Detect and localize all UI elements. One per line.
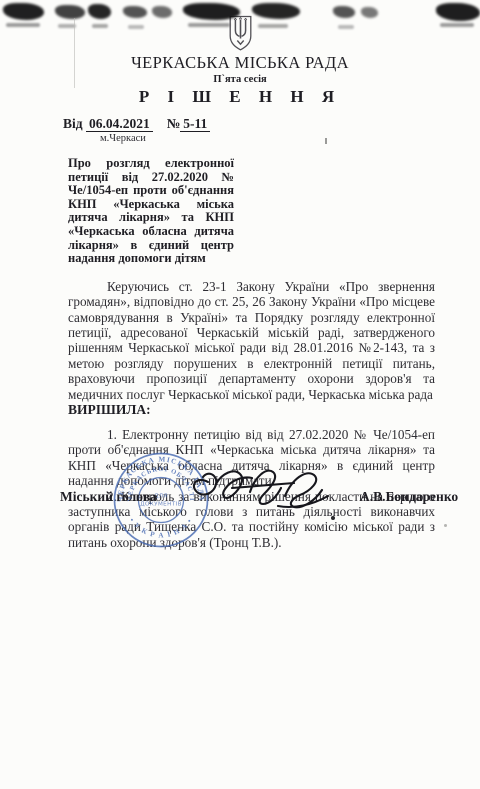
preamble-paragraph: Керуючись ст. 23-1 Закону України «Про з…: [68, 279, 435, 402]
date-label: Від: [63, 116, 83, 131]
doc-subject: Про розгляд електронної петиції від 27.0…: [68, 157, 234, 266]
stamp-ring-bottom-text: • У К Р А Ї Н А •: [128, 517, 195, 540]
session-subtitle: П`ята сесія: [0, 74, 480, 85]
org-title: ЧЕРКАСЬКА МІСЬКА РАДА: [0, 53, 480, 73]
scan-speck: [325, 138, 327, 144]
signatory-position: Міський голова: [60, 489, 157, 505]
number-label: №: [167, 116, 181, 131]
scan-artifact-band: [0, 0, 480, 34]
scan-crease-line: [74, 18, 75, 88]
svg-text:• У К Р А Ї Н А •: • У К Р А Ї Н А •: [128, 517, 195, 540]
document-type-title: Р І Ш Е Н Н Я: [0, 87, 480, 107]
signatory-name: А.В.Бондаренко: [360, 489, 458, 505]
resolved-label: ВИРІШИЛА:: [68, 402, 435, 418]
doc-city: м.Черкаси: [100, 133, 480, 144]
handwritten-signature: [188, 458, 333, 516]
doc-number: 5-11: [180, 116, 210, 132]
ink-dot: [331, 516, 335, 520]
scanned-document-page: ЧЕРКАСЬКА МІСЬКА РАДА П`ята сесія Р І Ш …: [0, 0, 480, 789]
doc-meta-line: Від 06.04.2021№5-11: [63, 116, 480, 132]
doc-date: 06.04.2021: [86, 116, 153, 132]
scan-speck: [444, 524, 447, 527]
